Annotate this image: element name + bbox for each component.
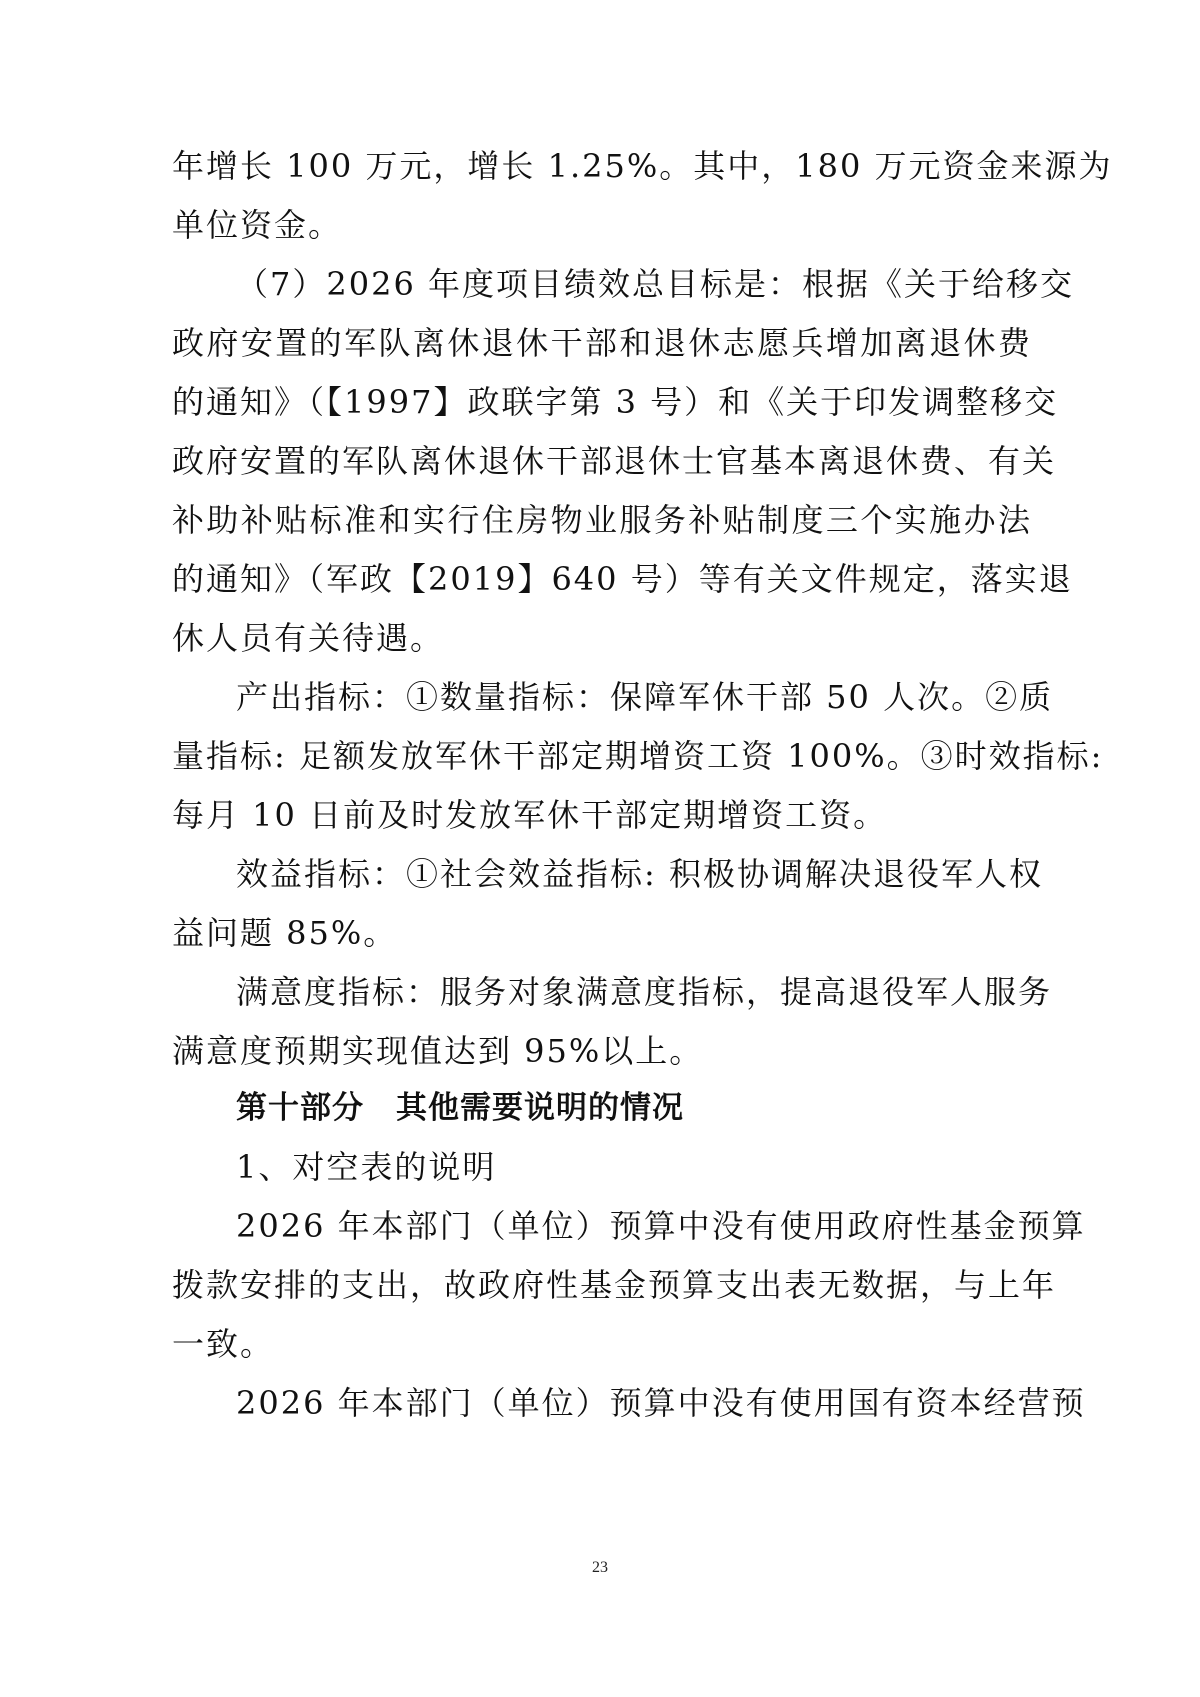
paragraph-line: 每月 10 日前及时发放军休干部定期增资工资。 — [172, 795, 1032, 835]
paragraph-line: （7）2026 年度项目绩效总目标是：根据《关于给移交 — [236, 264, 1032, 304]
paragraph-line: 2026 年本部门（单位）预算中没有使用政府性基金预算 — [236, 1206, 1032, 1246]
paragraph-line: 益问题 85%。 — [172, 913, 1032, 953]
paragraph-line: 年增长 100 万元，增长 1.25%。其中，180 万元资金来源为 — [172, 146, 1032, 186]
paragraph-line: 政府安置的军队离休退休干部和退休志愿兵增加离退休费 — [172, 323, 1032, 363]
section-heading: 第十部分 其他需要说明的情况 — [236, 1088, 684, 1128]
subsection-heading: 1、对空表的说明 — [236, 1147, 496, 1187]
paragraph-line: 一致。 — [172, 1324, 1032, 1364]
paragraph-line: 单位资金。 — [172, 205, 1032, 245]
paragraph-line: 满意度指标：服务对象满意度指标，提高退役军人服务 — [236, 972, 1032, 1012]
page-number: 23 — [0, 1558, 1200, 1578]
paragraph-line: 2026 年本部门（单位）预算中没有使用国有资本经营预 — [236, 1383, 1032, 1423]
paragraph-line: 的通知》（军政【2019】640 号）等有关文件规定，落实退 — [172, 559, 1032, 599]
paragraph-line: 休人员有关待遇。 — [172, 618, 1032, 658]
paragraph-line: 满意度预期实现值达到 95%以上。 — [172, 1031, 1032, 1071]
paragraph-line: 补助补贴标准和实行住房物业服务补贴制度三个实施办法 — [172, 500, 1032, 540]
paragraph-line: 效益指标：①社会效益指标: 积极协调解决退役军人权 — [236, 854, 1032, 894]
document-page: 年增长 100 万元，增长 1.25%。其中，180 万元资金来源为 单位资金。… — [0, 0, 1200, 1697]
paragraph-line: 政府安置的军队离休退休干部退休士官基本离退休费、有关 — [172, 441, 1032, 481]
paragraph-line: 拨款安排的支出，故政府性基金预算支出表无数据，与上年 — [172, 1265, 1032, 1305]
paragraph-line: 量指标: 足额发放军休干部定期增资工资 100%。③时效指标: — [172, 736, 1032, 776]
paragraph-line: 产出指标：①数量指标：保障军休干部 50 人次。②质 — [236, 677, 1032, 717]
paragraph-line: 的通知》（【1997】政联字第 3 号）和《关于印发调整移交 — [172, 382, 1032, 422]
